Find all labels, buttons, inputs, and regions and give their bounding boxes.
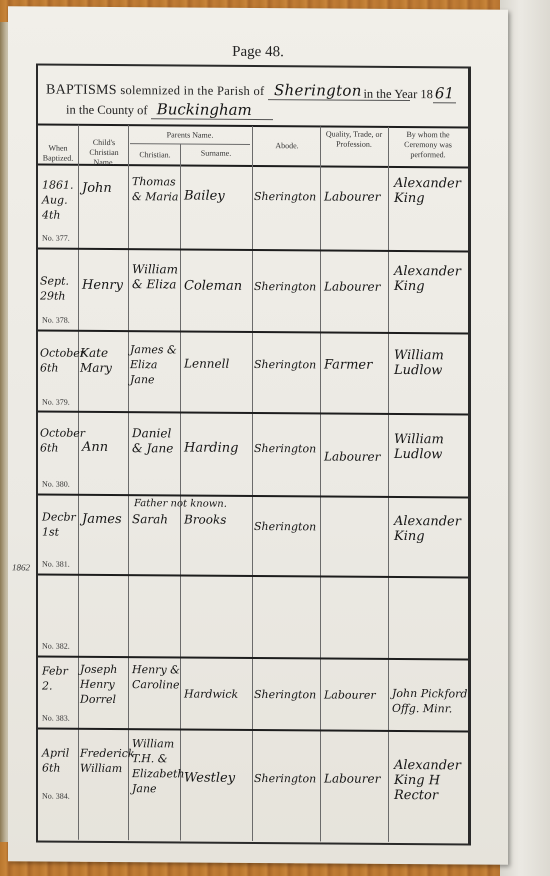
entry-parents: Sarah [132, 512, 180, 527]
entry-number: No. 382. [42, 641, 70, 650]
entry-number: No. 383. [42, 713, 70, 722]
entry-quality: Labourer [324, 687, 388, 702]
col-divider-1 [78, 125, 79, 840]
year-label: in the Year 18 [363, 87, 432, 101]
year-value: 61 [433, 84, 456, 103]
entry-number: No. 380. [42, 479, 70, 488]
entry-child: Ann [82, 440, 128, 455]
col-christian: Christian. [130, 150, 180, 160]
register-table: BAPTISMS solemnized in the Parish of She… [36, 63, 471, 845]
entry-number: No. 379. [42, 397, 70, 406]
entry-child: James [82, 512, 128, 527]
entry-surname: Brooks [184, 512, 250, 527]
entry-date: Febr 2. [42, 663, 78, 693]
entry-parents: William & Eliza [132, 262, 180, 292]
entry-abode: Sherington [254, 687, 320, 702]
entry-officiant: Alexander King [394, 514, 466, 545]
entry-officiant: William Ludlow [394, 432, 466, 463]
entry-child: Kate Mary [80, 346, 128, 376]
row-divider [38, 410, 468, 415]
row-divider [38, 329, 468, 334]
entry-parents: Henry & Caroline [132, 662, 180, 692]
col-when: When Baptized. [38, 143, 78, 163]
entry-officiant: John Pickford Offg. Minr. [392, 686, 468, 717]
entry-date: Sept. 29th [40, 273, 78, 303]
entry-note: Father not known. [134, 496, 254, 512]
entry-officiant: Alexander King [394, 176, 466, 207]
entry-number: No. 378. [42, 315, 70, 324]
col-parents: Parents Name. [130, 130, 250, 141]
header-parish-label: solemnized in the Parish of [120, 83, 264, 98]
header-baptisms: BAPTISMS [46, 83, 117, 98]
entry-abode: Sherington [254, 519, 320, 534]
entry-quality: Labourer [324, 449, 388, 464]
col-divider-5 [320, 126, 321, 841]
county-value: Buckingham [151, 100, 273, 120]
parents-subdivider [130, 143, 250, 145]
page-number: Page 48. [8, 42, 508, 62]
entry-child: Joseph Henry Dorrel [80, 662, 128, 707]
entry-number: No. 381. [42, 559, 70, 568]
county-label: in the County of [66, 103, 148, 118]
entry-surname: Harding [184, 440, 250, 455]
entry-parents: Daniel & Jane [132, 426, 180, 456]
entry-date: April 6th [42, 745, 78, 775]
col-surname: Surname. [182, 148, 250, 158]
entry-surname: Westley [184, 770, 250, 785]
entry-date: October 6th [40, 425, 78, 455]
entry-parents: Thomas & Maria [132, 174, 180, 204]
col-child: Child's Christian Name. [80, 138, 128, 168]
entry-child: Frederick William [80, 746, 128, 776]
entry-abode: Sherington [254, 189, 320, 204]
entry-date: Decbr 1st [42, 509, 78, 539]
entry-parents: William T.H. & Elizabeth Jane [132, 736, 180, 796]
entry-quality: Labourer [324, 771, 388, 786]
header-year: in the Year 1861 [363, 84, 456, 104]
entry-parents: James & Eliza Jane [130, 342, 180, 387]
entry-abode: Sherington [254, 279, 320, 294]
register-page: Page 48. BAPTISMS solemnized in the Pari… [8, 6, 508, 864]
row-divider [38, 573, 468, 578]
col-divider-6 [388, 127, 389, 842]
entry-abode: Sherington [254, 357, 320, 372]
header-line-2: in the County of Buckingham [66, 100, 273, 120]
header-line-1: BAPTISMS solemnized in the Parish of She… [46, 80, 410, 102]
row-divider [38, 655, 468, 660]
register-header: BAPTISMS solemnized in the Parish of She… [38, 65, 468, 126]
col-quality: Quality, Trade, or Profession. [322, 129, 386, 149]
entry-quality: Labourer [324, 279, 388, 294]
entry-surname: Coleman [184, 278, 250, 293]
entry-quality: Labourer [324, 189, 388, 204]
col-divider-4 [252, 126, 253, 841]
row-divider [38, 247, 468, 252]
entry-officiant: Alexander King [394, 264, 466, 295]
entry-abode: Sherington [254, 771, 320, 786]
entry-surname: Lennell [184, 356, 250, 371]
col-abode: Abode. [254, 141, 320, 151]
entry-officiant: Alexander King H Rector [394, 758, 466, 804]
entry-surname: Hardwick [184, 686, 250, 701]
entry-abode: Sherington [254, 441, 320, 456]
col-divider-2 [128, 125, 129, 840]
entry-child: Henry [82, 278, 128, 293]
margin-year-note: 1862 [12, 562, 30, 572]
entry-surname: Bailey [184, 188, 250, 203]
entry-date: 1861. Aug. 4th [42, 177, 78, 222]
entry-quality: Farmer [324, 357, 388, 372]
entry-child: John [82, 181, 128, 196]
entry-number: No. 384. [42, 791, 70, 800]
entry-officiant: William Ludlow [394, 348, 466, 379]
entry-number: No. 377. [42, 233, 70, 242]
col-by-whom: By whom the Ceremony was performed. [390, 130, 466, 161]
entry-date: October 6th [40, 345, 78, 375]
row-divider [38, 727, 468, 732]
